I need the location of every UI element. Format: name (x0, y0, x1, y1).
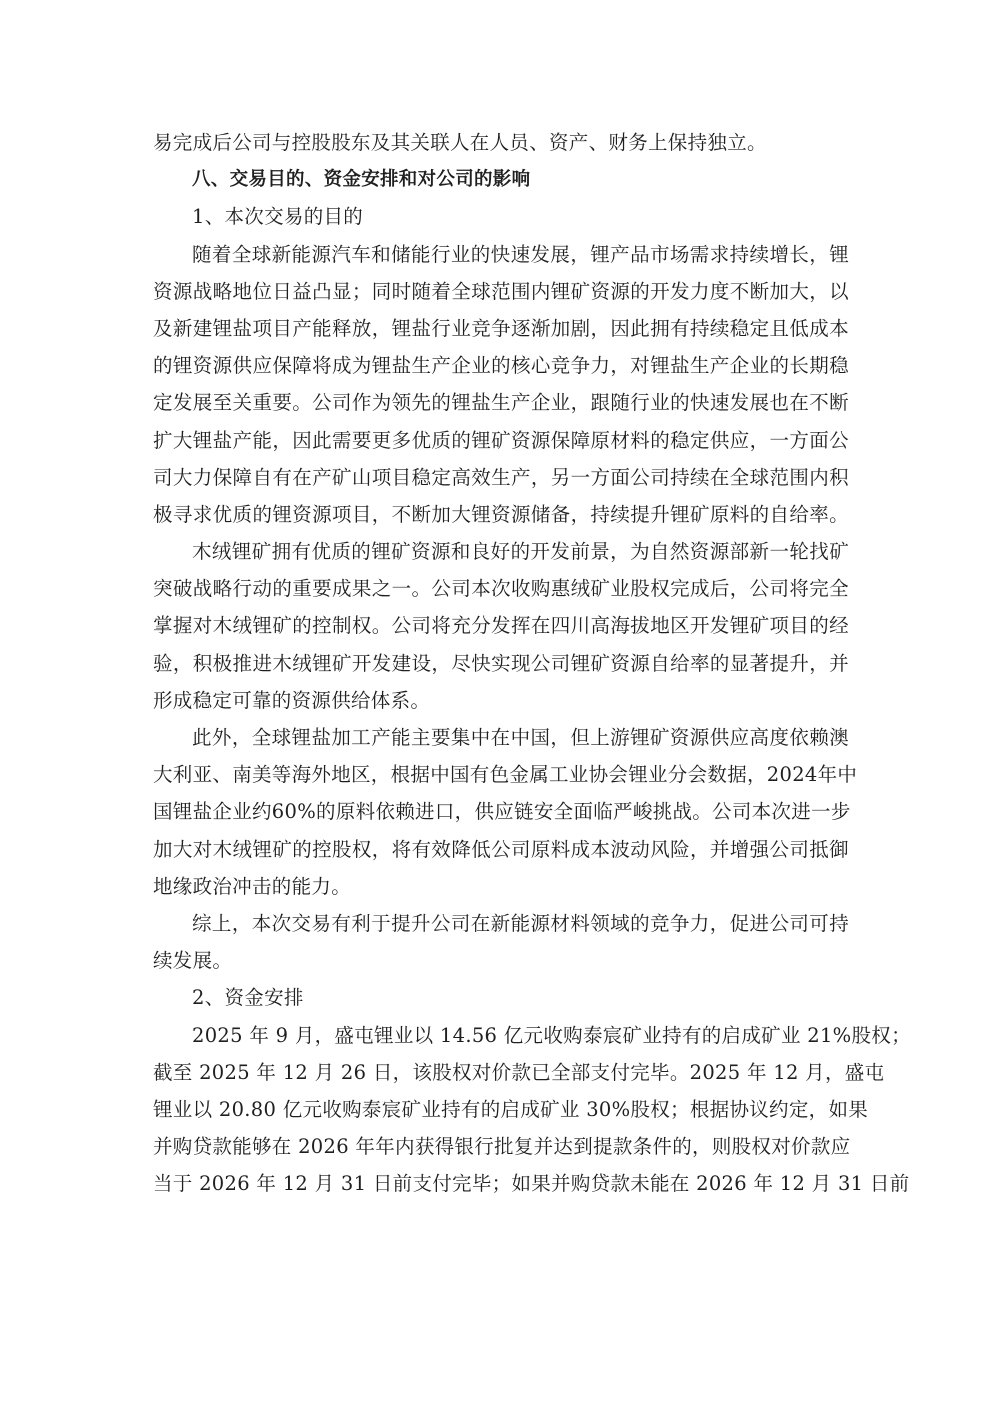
paragraph-funding-details: 2025 年 9 月，盛屯锂业以 14.56 亿元收购泰宸矿业持有的启成矿业 2… (153, 1017, 849, 1203)
subheading-funding-arrangement: 2、资金安排 (153, 979, 849, 1016)
paragraph-line: 加大对木绒锂矿的控股权，将有效降低公司原料成本波动风险，并增强公司抵御 (153, 831, 849, 868)
document-page: 易完成后公司与控股股东及其关联人在人员、资产、财务上保持独立。 八、交易目的、资… (153, 124, 849, 1202)
paragraph-line: 资源战略地位日益凸显；同时随着全球范围内锂矿资源的开发力度不断加大，以 (153, 273, 849, 310)
paragraph-supply-chain: 此外，全球锂盐加工产能主要集中在中国，但上游锂矿资源供应高度依赖澳 大利亚、南美… (153, 719, 849, 905)
paragraph-line: 此外，全球锂盐加工产能主要集中在中国，但上游锂矿资源供应高度依赖澳 (153, 719, 849, 756)
paragraph-line: 极寻求优质的锂资源项目，不断加大锂资源储备，持续提升锂矿原料的自给率。 (153, 496, 849, 533)
paragraph-line: 的锂资源供应保障将成为锂盐生产企业的核心竞争力，对锂盐生产企业的长期稳 (153, 347, 849, 384)
paragraph-line: 续发展。 (153, 942, 849, 979)
paragraph-murong-mine: 木绒锂矿拥有优质的锂矿资源和良好的开发前景，为自然资源部新一轮找矿 突破战略行动… (153, 533, 849, 719)
section-heading: 八、交易目的、资金安排和对公司的影响 (153, 161, 849, 198)
paragraph-line: 并购贷款能够在 2026 年年内获得银行批复并达到提款条件的，则股权对价款应 (153, 1128, 849, 1165)
paragraph-line: 定发展至关重要。公司作为领先的锂盐生产企业，跟随行业的快速发展也在不断 (153, 384, 849, 421)
paragraph-line: 当于 2026 年 12 月 31 日前支付完毕；如果并购贷款未能在 2026 … (153, 1165, 849, 1202)
paragraph-line: 形成稳定可靠的资源供给体系。 (153, 682, 849, 719)
paragraph-line: 锂业以 20.80 亿元收购泰宸矿业持有的启成矿业 30%股权；根据协议约定，如… (153, 1091, 849, 1128)
paragraph-industry-background: 随着全球新能源汽车和储能行业的快速发展，锂产品市场需求持续增长，锂 资源战略地位… (153, 236, 849, 534)
paragraph-line: 随着全球新能源汽车和储能行业的快速发展，锂产品市场需求持续增长，锂 (153, 236, 849, 273)
paragraph-line: 司大力保障自有在产矿山项目稳定高效生产，另一方面公司持续在全球范围内积 (153, 459, 849, 496)
paragraph-summary: 综上，本次交易有利于提升公司在新能源材料领域的竞争力，促进公司可持 续发展。 (153, 905, 849, 979)
paragraph-line: 地缘政治冲击的能力。 (153, 868, 849, 905)
paragraph-line: 综上，本次交易有利于提升公司在新能源材料领域的竞争力，促进公司可持 (153, 905, 849, 942)
paragraph-line: 扩大锂盐产能，因此需要更多优质的锂矿资源保障原材料的稳定供应，一方面公 (153, 422, 849, 459)
paragraph-line: 及新建锂盐项目产能释放，锂盐行业竞争逐渐加剧，因此拥有持续稳定且低成本 (153, 310, 849, 347)
paragraph-line: 截至 2025 年 12 月 26 日，该股权对价款已全部支付完毕。2025 年… (153, 1054, 849, 1091)
paragraph-line: 国锂盐企业约60%的原料依赖进口，供应链安全面临严峻挑战。公司本次进一步 (153, 793, 849, 830)
subheading-transaction-purpose: 1、本次交易的目的 (153, 198, 849, 235)
paragraph-line: 验，积极推进木绒锂矿开发建设，尽快实现公司锂矿资源自给率的显著提升，并 (153, 645, 849, 682)
paragraph-line: 2025 年 9 月，盛屯锂业以 14.56 亿元收购泰宸矿业持有的启成矿业 2… (153, 1017, 849, 1054)
paragraph-line: 突破战略行动的重要成果之一。公司本次收购惠绒矿业股权完成后，公司将完全 (153, 570, 849, 607)
paragraph-line: 掌握对木绒锂矿的控制权。公司将充分发挥在四川高海拔地区开发锂矿项目的经 (153, 607, 849, 644)
paragraph-line: 木绒锂矿拥有优质的锂矿资源和良好的开发前景，为自然资源部新一轮找矿 (153, 533, 849, 570)
paragraph-continuation-line: 易完成后公司与控股股东及其关联人在人员、资产、财务上保持独立。 (153, 124, 849, 161)
paragraph-line: 大利亚、南美等海外地区，根据中国有色金属工业协会锂业分会数据，2024年中 (153, 756, 849, 793)
